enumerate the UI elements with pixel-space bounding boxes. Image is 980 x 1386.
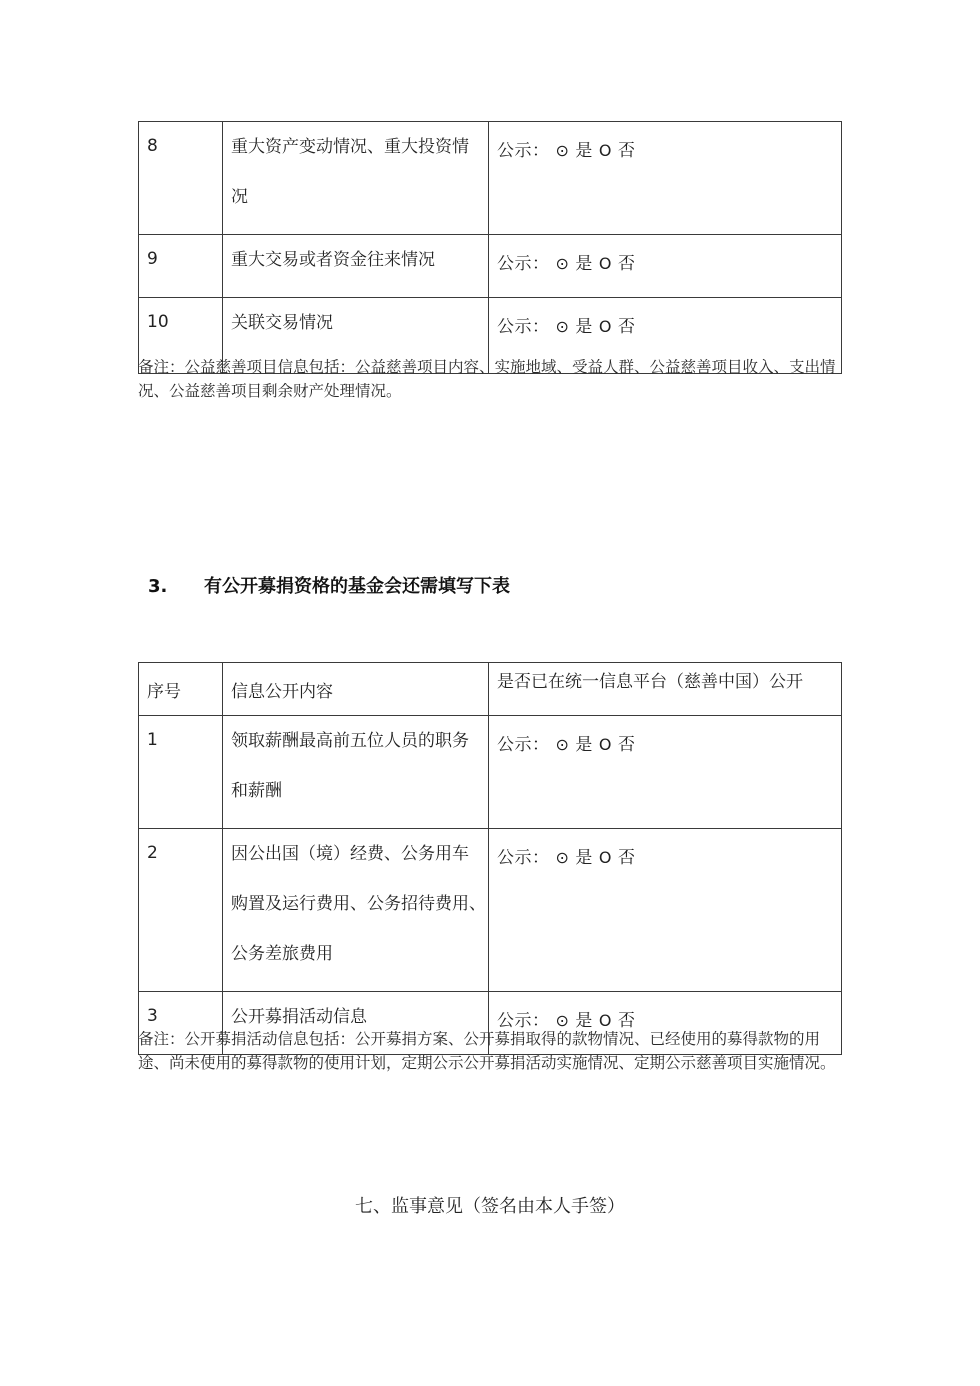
header-content: 信息公开内容 (223, 663, 489, 716)
radio-unselected-icon[interactable]: O (599, 735, 612, 754)
radio-selected-icon[interactable]: ⊙ (556, 848, 570, 867)
publication-status: 公示：⊙是O否 (489, 716, 842, 829)
radio-unselected-icon[interactable]: O (599, 848, 612, 867)
row-content: 重大交易或者资金往来情况 (223, 235, 489, 298)
row-content: 因公出国（境）经费、公务用车 购置及运行费用、公务招待费用、 公务差旅费用 (223, 829, 489, 992)
publication-status: 公示：⊙是O否 (489, 829, 842, 992)
table-row: 1 领取薪酬最高前五位人员的职务 和薪酬 公示：⊙是O否 (139, 716, 842, 829)
table-row: 8 重大资产变动情况、重大投资情 况 公示：⊙是O否 (139, 122, 842, 235)
section-heading: 3.有公开募捐资格的基金会还需填写下表 (148, 572, 510, 598)
header-published: 是否已在统一信息平台（慈善中国）公开 (489, 663, 842, 716)
publication-status: 公示：⊙是O否 (489, 235, 842, 298)
row-number: 1 (139, 716, 223, 829)
radio-unselected-icon[interactable]: O (599, 317, 612, 336)
table-header-row: 序号 信息公开内容 是否已在统一信息平台（慈善中国）公开 (139, 663, 842, 716)
public-fundraising-table: 序号 信息公开内容 是否已在统一信息平台（慈善中国）公开 1 领取薪酬最高前五位… (138, 662, 842, 1055)
table2-note: 备注：公开募捐活动信息包括：公开募捐方案、公开募捐取得的款物情况、已经使用的募得… (138, 1027, 843, 1075)
radio-selected-icon[interactable]: ⊙ (556, 141, 570, 160)
radio-selected-icon[interactable]: ⊙ (556, 735, 570, 754)
table1-note: 备注：公益慈善项目信息包括：公益慈善项目内容、实施地域、受益人群、公益慈善项目收… (138, 355, 843, 403)
header-number: 序号 (139, 663, 223, 716)
disclosure-table-continued: 8 重大资产变动情况、重大投资情 况 公示：⊙是O否 9 重大交易或者资金往来情… (138, 121, 842, 374)
chapter-heading: 七、监事意见（签名由本人手签） (0, 1192, 980, 1218)
row-number: 8 (139, 122, 223, 235)
table-row: 9 重大交易或者资金往来情况 公示：⊙是O否 (139, 235, 842, 298)
row-content: 重大资产变动情况、重大投资情 况 (223, 122, 489, 235)
radio-selected-icon[interactable]: ⊙ (556, 317, 570, 336)
row-content: 领取薪酬最高前五位人员的职务 和薪酬 (223, 716, 489, 829)
row-number: 2 (139, 829, 223, 992)
radio-unselected-icon[interactable]: O (599, 254, 612, 273)
row-number: 9 (139, 235, 223, 298)
table-row: 2 因公出国（境）经费、公务用车 购置及运行费用、公务招待费用、 公务差旅费用 … (139, 829, 842, 992)
radio-unselected-icon[interactable]: O (599, 141, 612, 160)
publication-status: 公示：⊙是O否 (489, 122, 842, 235)
radio-selected-icon[interactable]: ⊙ (556, 254, 570, 273)
